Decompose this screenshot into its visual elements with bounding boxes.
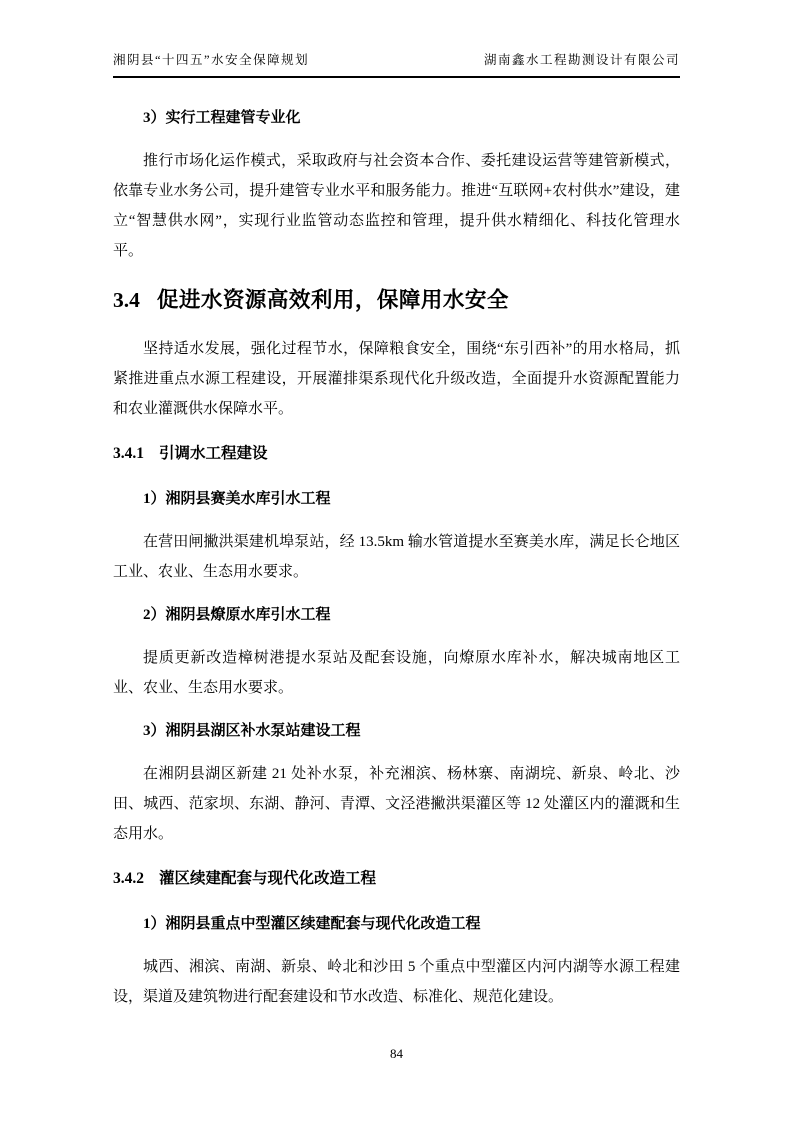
subsection-number: 3.4.2 <box>113 870 144 887</box>
page-number: 84 <box>390 1046 403 1061</box>
subheading-3-lake-pump-stations: 3）湘阴县湖区补水泵站建设工程 <box>113 716 680 746</box>
subheading-3-build-management: 3）实行工程建管专业化 <box>113 103 680 133</box>
section-heading-3-4: 3.4促进水资源高效利用，保障用水安全 <box>113 283 680 317</box>
page-header: 湘阴县“十四五”水安全保障规划 湖南鑫水工程勘测设计有限公司 <box>113 50 680 78</box>
document-page: 湘阴县“十四五”水安全保障规划 湖南鑫水工程勘测设计有限公司 3）实行工程建管专… <box>0 0 793 1122</box>
subsection-title: 引调水工程建设 <box>159 445 268 462</box>
subsection-heading-3-4-2: 3.4.2灌区续建配套与现代化改造工程 <box>113 864 680 894</box>
subsection-number: 3.4.1 <box>113 445 144 462</box>
paragraph-liaoyuan-reservoir: 提质更新改造樟树港提水泵站及配套设施，向燎原水库补水，解决城南地区工业、农业、生… <box>113 643 680 703</box>
subheading-1-irrigation-district: 1）湘阴县重点中型灌区续建配套与现代化改造工程 <box>113 909 680 939</box>
paragraph-lake-pump-stations: 在湘阴县湖区新建 21 处补水泵，补充湘滨、杨林寨、南湖垸、新泉、岭北、沙田、城… <box>113 759 680 849</box>
paragraph-saimei-reservoir: 在营田闸撇洪渠建机埠泵站，经 13.5km 输水管道提水至赛美水库，满足长仑地区… <box>113 527 680 587</box>
document-body: 3）实行工程建管专业化 推行市场化运作模式，采取政府与社会资本合作、委托建设运营… <box>113 90 680 1024</box>
section-title: 促进水资源高效利用，保障用水安全 <box>157 288 509 312</box>
header-right-company: 湖南鑫水工程勘测设计有限公司 <box>484 50 680 68</box>
paragraph-section-intro: 坚持适水发展，强化过程节水，保障粮食安全，围绕“东引西补”的用水格局，抓紧推进重… <box>113 334 680 424</box>
subheading-1-saimei-reservoir: 1）湘阴县赛美水库引水工程 <box>113 484 680 514</box>
section-number: 3.4 <box>113 288 140 312</box>
subheading-2-liaoyuan-reservoir: 2）湘阴县燎原水库引水工程 <box>113 600 680 630</box>
header-left-title: 湘阴县“十四五”水安全保障规划 <box>113 50 309 68</box>
paragraph-irrigation-district: 城西、湘滨、南湖、新泉、岭北和沙田 5 个重点中型灌区内河内湖等水源工程建设，渠… <box>113 952 680 1012</box>
subsection-heading-3-4-1: 3.4.1引调水工程建设 <box>113 439 680 469</box>
paragraph-build-management: 推行市场化运作模式，采取政府与社会资本合作、委托建设运营等建管新模式，依靠专业水… <box>113 146 680 266</box>
page-footer: 84 <box>0 1046 793 1062</box>
subsection-title: 灌区续建配套与现代化改造工程 <box>159 870 376 887</box>
